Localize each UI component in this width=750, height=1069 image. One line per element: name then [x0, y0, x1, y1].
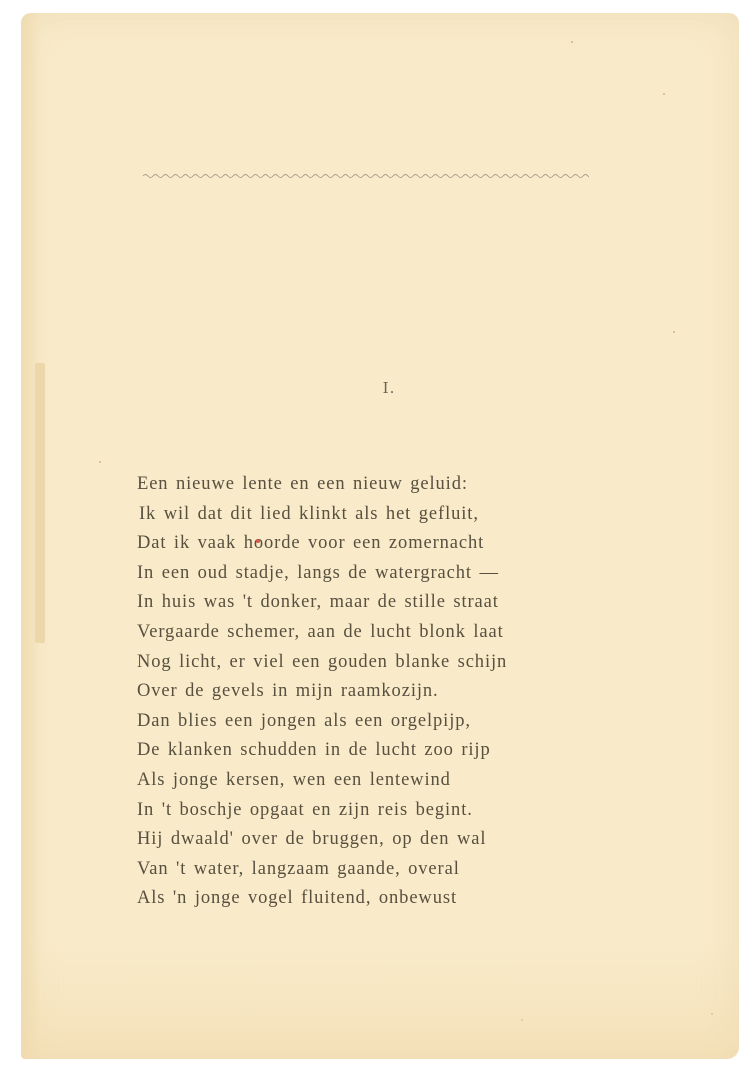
poem-line: Nog licht, er viel een gouden blanke sch… [137, 648, 507, 678]
poem-line: Dat ik vaak hoorde voor een zomernacht [137, 529, 507, 559]
poem-line: Dan blies een jongen als een orgelpijp, [137, 707, 507, 737]
paper-speck [99, 461, 101, 463]
chapter-number: I. [30, 379, 739, 397]
paper-speck [521, 1019, 523, 1021]
poem-line: Van 't water, langzaam gaande, overal [137, 855, 507, 885]
poem-line: In een oud stadje, langs de watergracht … [137, 559, 507, 589]
poem-line: Hij dwaald' over de bruggen, op den wal [137, 825, 507, 855]
paper-speck [571, 41, 573, 43]
poem-line: In 't boschje opgaat en zijn reis begint… [137, 796, 507, 826]
paper-speck [663, 93, 665, 95]
poem-line: In huis was 't donker, maar de stille st… [137, 588, 507, 618]
wavy-rule-ornament [143, 171, 589, 181]
poem-line: Ik wil dat dit lied klinkt als het geflu… [137, 500, 507, 530]
deckled-edge [35, 363, 45, 643]
paper-speck [711, 1013, 713, 1015]
poem-stanza: Een nieuwe lente en een nieuw geluid: Ik… [137, 470, 507, 914]
poem-line: Over de gevels in mijn raamkozijn. [137, 677, 507, 707]
red-ink-dot [256, 539, 260, 543]
poem-line: Als jonge kersen, wen een lentewind [137, 766, 507, 796]
poem-line: Als 'n jonge vogel fluitend, onbewust [137, 884, 507, 914]
poem-line: Vergaarde schemer, aan de lucht blonk la… [137, 618, 507, 648]
book-page: I. Een nieuwe lente en een nieuw geluid:… [21, 13, 739, 1059]
poem-line: De klanken schudden in de lucht zoo rijp [137, 736, 507, 766]
paper-speck [673, 331, 675, 333]
poem-line: Een nieuwe lente en een nieuw geluid: [137, 470, 507, 500]
